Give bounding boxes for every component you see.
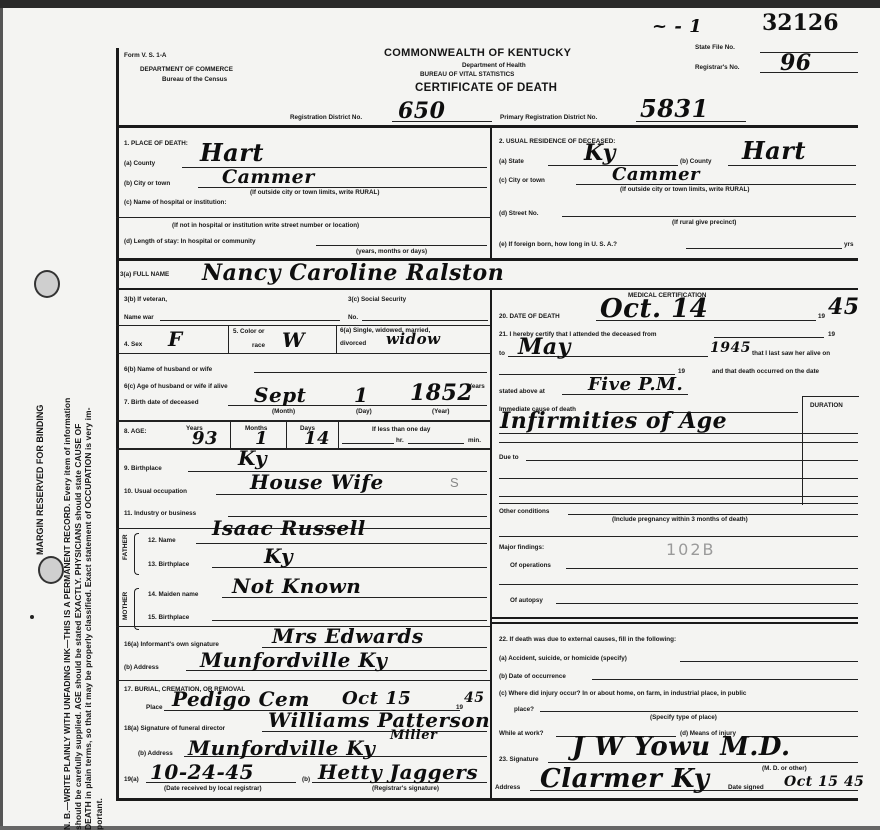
birth-month[interactable]: Sept [254,383,306,407]
scan-bottom-edge [0,826,880,830]
at-work-label: While at work? [499,730,543,737]
place-of-death-header: 1. PLACE OF DEATH: [124,140,188,147]
burial-date-value[interactable]: Oct 15 [342,688,411,709]
where-label: (c) Where did injury occur? In or about … [499,690,746,697]
occupation-label: 10. Usual occupation [124,488,187,495]
signature-address-label: Address [495,784,520,791]
occupation-value[interactable]: House Wife [250,470,384,494]
autopsy-rule-2 [492,622,858,624]
birth-day[interactable]: 1 [354,383,368,407]
due-to-line-2 [499,478,858,479]
sex-value[interactable]: F [168,327,183,351]
certificate-title: CERTIFICATE OF DEATH [415,82,557,94]
registrar-no-value: 96 [780,50,812,76]
binding-label: MARGIN RESERVED FOR BINDING [35,405,45,555]
age-divider-3 [338,420,339,448]
date-signed-label: Date signed [728,784,764,791]
operations-line [566,568,858,569]
full-name-value[interactable]: Nancy Caroline Ralston [202,260,504,286]
street-line [562,216,856,217]
primary-reg-value: 5831 [640,94,709,123]
res-state-label: (a) State [499,158,524,165]
ink-dot [30,615,34,619]
father-name-value[interactable]: Isaac Russell [212,516,366,540]
signature-caption: (M. D. or other) [762,765,807,772]
accident-label: (a) Accident, suicide, or homicide (spec… [499,655,627,662]
sex-color-divider [228,325,229,353]
signature-value[interactable]: J W Yowu M.D. [572,732,791,762]
mother-maiden-value[interactable]: Not Known [232,574,361,598]
received-caption: (Date received by local registrar) [164,785,262,792]
received-value[interactable]: 10-24-45 [150,760,254,784]
birthplace-value[interactable]: Ky [238,446,267,470]
autopsy-rule-1 [492,617,858,619]
res-city-value[interactable]: Cammer [612,164,700,185]
father-bracket [134,533,139,575]
commonwealth-title: COMMONWEALTH OF KENTUCKY [384,47,571,59]
min-line [408,443,464,444]
form-left-border [116,48,119,800]
city-label: (b) City or town [124,180,170,187]
autopsy-line [556,603,858,604]
informant-address-label: (b) Address [124,664,159,671]
signature-line [548,762,858,763]
mother-side-label: MOTHER [122,592,129,620]
birth-label: 7. Birth date of deceased [124,399,199,406]
place-note: (Specify type of place) [650,714,717,721]
occurrence-label: (b) Date of occurrence [499,673,566,680]
death-year-prefix: 19 [818,313,825,320]
row-divider-spouse [116,353,490,354]
top-mark-2: 32126 [762,10,839,36]
color-value[interactable]: W [282,328,305,352]
registrar-sig-value[interactable]: Hetty Jaggers [318,760,478,784]
res-county-line [728,165,856,166]
less-than-day: If less than one day [372,426,430,433]
stay-line [316,245,487,246]
age-years[interactable]: 93 [192,428,218,449]
place-line [540,711,858,712]
punch-hole-icon [34,270,60,298]
age-divider-2 [286,420,287,448]
ssn-no: No. [348,314,358,321]
month-caption: (Month) [272,408,295,415]
informant-address-value[interactable]: Munfordville Ky [200,648,387,672]
reg-district-label: Registration District No. [290,114,362,121]
signature-address-value[interactable]: Clarmer Ky [540,764,709,794]
father-name-label: 12. Name [148,537,176,544]
father-birthplace-label: 13. Birthplace [148,561,189,568]
birthplace-label: 9. Birthplace [124,465,162,472]
res-city-note: (If outside city or town limits, write R… [620,186,749,193]
due-to-line-1 [526,460,858,461]
death-county-value[interactable]: Hart [200,138,264,167]
duration-header: DURATION [810,402,843,409]
attended-from-line [714,337,824,338]
autopsy-label: Of autopsy [510,597,543,604]
dept-health: Department of Health [462,62,526,69]
hospital-note: (If not in hospital or institution write… [172,222,359,229]
other-conditions-note: (Include pregnancy within 3 months of de… [612,516,748,523]
external-causes-header: 22. If death was due to external causes,… [499,636,676,643]
accident-line [680,661,858,662]
city-note: (If outside city or town limits, write R… [250,189,379,196]
registrar-caption: (Registrar's signature) [372,785,439,792]
department: DEPARTMENT OF COMMERCE [140,66,233,73]
column-divider-top [490,125,492,260]
county-label: (a) County [124,160,155,167]
cause-line-2 [499,433,858,434]
age-days[interactable]: 14 [304,428,330,449]
state-file-label: State File No. [695,44,735,51]
foreign-label: (e) If foreign born, how long in U. S. A… [499,241,617,248]
instructions-line-2: should be carefully supplied. AGE should… [73,70,84,830]
due-to-line-4 [499,503,858,504]
informant-signature-label: 16(a) Informant's own signature [124,641,219,648]
immediate-cause-value[interactable]: Infirmities of Age [500,408,727,434]
father-name-line [196,543,487,544]
mother-maiden-label: 14. Maiden name [148,591,198,598]
section-rule-2 [116,288,858,290]
punch-hole-icon [38,556,64,584]
age-label: 8. AGE: [124,428,147,435]
year-caption: (Year) [432,408,450,415]
veteran-name-war: Name war [124,314,154,321]
row-divider-age [116,420,490,422]
spouse-label: 6(b) Name of husband or wife [124,366,212,373]
row-divider-birthplace [116,448,490,450]
date-of-death-value[interactable]: Oct. 14 [600,294,708,324]
ssn-label: 3(c) Social Security [348,296,406,303]
death-year-value[interactable]: 45 [828,294,860,320]
res-county-value[interactable]: Hart [742,136,806,165]
margin-instructions: N. B.—WRITE PLAINLY WITH UNFADING INK—TH… [62,70,104,830]
ssn-line [362,320,488,321]
age-divider-1 [230,420,231,448]
director-note: Miller [390,728,437,743]
director-value[interactable]: Williams Patterson [268,708,490,732]
instructions-line-3: DEATH in plain terms, so that it may be … [83,70,94,830]
stated-above-value[interactable]: Five P.M. [588,374,683,395]
father-birthplace-value[interactable]: Ky [264,544,293,568]
sex-label: 4. Sex [124,341,142,348]
veteran-line [160,320,340,321]
day-caption: (Day) [356,408,372,415]
occurrence-line [592,679,858,680]
color-label-1: 5. Color or [233,328,265,335]
received-label: 19(a) [124,776,139,783]
top-mark-1: ~ - 1 [652,16,702,37]
father-side-label: FATHER [122,534,129,560]
spouse-age-label: 6(c) Age of husband or wife if alive [124,383,228,390]
scan-left-edge [0,8,3,830]
mother-birthplace-line [212,620,487,621]
burial-year-value[interactable]: 45 [464,690,484,706]
stated-above-label: stated above at [499,388,545,395]
operations-line-2 [499,584,858,585]
instructions-line-1: N. B.—WRITE PLAINLY WITH UNFADING INK—TH… [62,70,73,830]
other-conditions-line-2 [499,536,858,537]
due-to-label: Due to [499,454,519,461]
row-divider-burial [116,680,490,681]
hospital-divider [116,217,490,218]
birth-year[interactable]: 1852 [410,380,473,406]
binding-margin-label: MARGIN RESERVED FOR BINDING [35,30,45,830]
director-address-value[interactable]: Munfordville Ky [188,736,375,760]
burial-place-label: Place [146,704,162,711]
foreign-line [686,248,842,249]
death-city-value[interactable]: Cammer [222,166,315,188]
full-name-label: 3(a) FULL NAME [120,271,169,278]
due-to-line-3 [499,496,858,497]
foreign-unit: yrs [844,241,853,248]
director-label: 18(a) Signature of funeral director [124,725,225,732]
other-conditions-label: Other conditions [499,508,549,515]
hospital-label: (c) Name of hospital or institution: [124,199,227,206]
major-findings-label: Major findings: [499,544,544,551]
operations-label: Of operations [510,562,551,569]
hr-label: hr. [396,437,404,444]
bureau: Bureau of the Census [162,76,227,83]
signature-label: 23. Signature [499,756,539,763]
color-marital-divider [336,325,337,353]
primary-reg-label: Primary Registration District No. [500,114,597,121]
attended-year-prefix: 19 [828,331,835,338]
cause-line-3 [499,442,858,443]
other-conditions-line [568,514,858,515]
hr-line [342,443,394,444]
date-of-death-label: 20. DATE OF DEATH [499,313,560,320]
to-value[interactable]: May [518,334,571,360]
stay-label: (d) Length of stay: In hospital or commu… [124,238,256,245]
mother-birthplace-label: 15. Birthplace [148,614,189,621]
informant-signature-value[interactable]: Mrs Edwards [272,624,424,648]
registrar-no-label: Registrar's No. [695,64,740,71]
scan-top-border [0,0,880,8]
column-divider-main [490,288,492,800]
row-divider-sex [116,325,490,326]
place-label: place? [514,706,534,713]
death-occurred-text: and that death occurred on the date [712,368,819,375]
reg-district-value: 650 [398,98,445,124]
form-bottom-border [116,798,858,801]
duration-box [802,396,859,505]
min-label: min. [468,437,481,444]
stay-note: (years, months or days) [356,248,427,255]
color-label-2: race [252,342,265,349]
instructions-line-4: portant. [94,70,105,830]
to-year[interactable]: 1945 [710,340,751,356]
veteran-label: 3(b) If veteran, [124,296,167,303]
street-note: (If rural give precinct) [672,219,736,226]
industry-label: 11. Industry or business [124,510,196,517]
director-address-label: (b) Address [138,750,173,757]
form-id: Form V. S. 1-A [124,52,166,59]
spouse-line [254,372,487,373]
date-signed-value[interactable]: Oct 15 45 [784,774,864,790]
street-label: (d) Street No. [499,210,539,217]
stamp-value: 102B [666,540,716,559]
last-saw-text: that I last saw her alive on [752,350,830,357]
occupation-line [216,494,487,495]
occupation-mark: S [450,475,459,490]
res-city-label: (c) City or town [499,177,545,184]
bureau-vital: BUREAU OF VITAL STATISTICS [420,71,514,78]
marital-value[interactable]: widow [386,330,441,348]
res-state-value[interactable]: Ky [584,140,616,166]
to-label: to [499,350,505,357]
mother-bracket [134,588,139,630]
marital-label-2: divorced [340,340,366,347]
header-rule [116,125,858,128]
father-birthplace-line [212,567,487,568]
registrar-sig-label: (b) [302,776,310,783]
